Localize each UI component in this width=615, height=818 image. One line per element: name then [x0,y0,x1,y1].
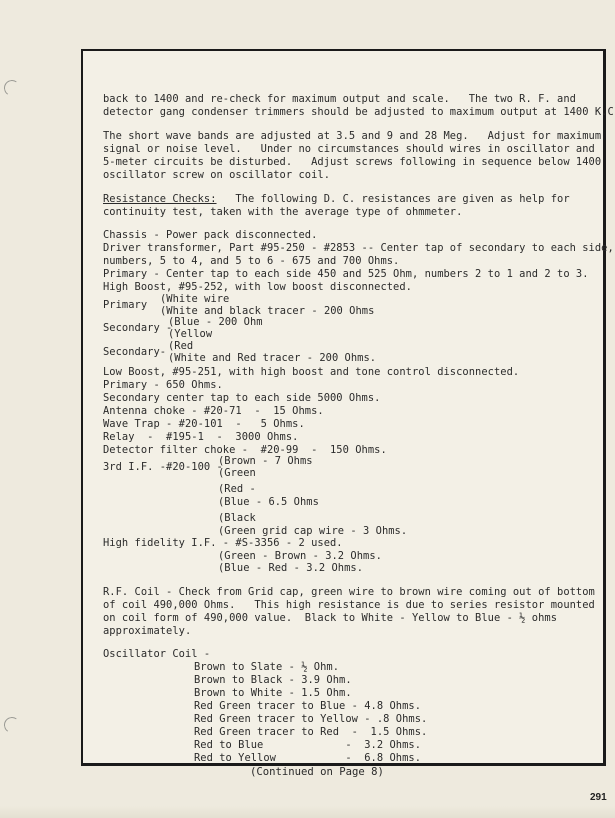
body-text-line: Antenna choke - #20-71 - 15 Ohms. [103,405,324,417]
body-text-line: The short wave bands are adjusted at 3.5… [103,130,601,142]
body-text-line: 5-meter circuits be disturbed. Adjust sc… [103,156,601,168]
group-item: Red Green tracer to Blue - 4.8 Ohms. [194,700,421,712]
body-text-line: detector gang condenser trimmers should … [103,106,614,118]
group-item: Brown to White - 1.5 Ohm. [194,687,352,699]
body-text-line: High Boost, #95-252, with low boost disc… [103,281,412,293]
group-label: Primary [103,299,147,311]
group-item: (Blue - 200 Ohm [168,316,263,328]
group-label: Secondary - [103,322,172,334]
group-item: Brown to Black - 3.9 Ohm. [194,674,352,686]
body-text-line: on coil form of 490,000 value. Black to … [103,612,557,624]
body-text-line: numbers, 5 to 4, and 5 to 6 - 675 and 70… [103,255,399,267]
body-text-line: Secondary center tap to each side 5000 O… [103,392,380,404]
group-item: (Brown - 7 Ohms [218,455,313,467]
group-item: (Green - Brown - 3.2 Ohms. [218,550,382,562]
group-item: Brown to Slate - ½ Ohm. [194,661,339,673]
group-item: Red Green tracer to Red - 1.5 Ohms. [194,726,427,738]
group-label: 3rd I.F. -#20-100 - [103,461,223,473]
group-label: Secondary- [103,346,166,358]
body-text-line: of coil 490,000 Ohms. This high resistan… [103,599,595,611]
page-number: 291 [590,792,607,803]
group-item: Red Green tracer to Yellow - .8 Ohms. [194,713,427,725]
group-item: (Red [168,340,193,352]
body-text-line: oscillator screw on oscillator coil. [103,169,330,181]
group-item: (Green grid cap wire - 3 Ohms. [218,525,407,537]
group-label: Oscillator Coil - [103,648,210,660]
group-item: Red to Blue - 3.2 Ohms. [194,739,421,751]
resistance-intro-line: Resistance Checks: The following D. C. r… [103,193,570,205]
body-text-line: Primary - 650 Ohms. [103,379,223,391]
group-item: (Blue - 6.5 Ohms [218,496,319,508]
continued-note: (Continued on Page 8) [250,766,384,778]
group-item: (White and Red tracer - 200 Ohms. [168,352,376,364]
group-item: Red to Yellow - 6.8 Ohms. [194,752,421,764]
punch-hole-mark [3,716,22,735]
group-label: High fidelity I.F. - #S-3356 - 2 used. [103,537,343,549]
section-heading: Resistance Checks: [103,193,217,205]
body-text: The following D. C. resistances are give… [217,193,570,205]
body-text-line: continuity test, taken with the average … [103,206,462,218]
body-text-line: Wave Trap - #20-101 - 5 Ohms. [103,418,305,430]
group-item: (Black [218,512,256,524]
body-text-line: Chassis - Power pack disconnected. [103,229,317,241]
scan-edge [0,806,615,818]
body-text-line: Low Boost, #95-251, with high boost and … [103,366,519,378]
body-text-line: signal or noise level. Under no circumst… [103,143,595,155]
body-text-line: Relay - #195-1 - 3000 Ohms. [103,431,298,443]
group-item: (Green [218,467,256,479]
punch-hole-mark [3,79,22,98]
group-item: (Blue - Red - 3.2 Ohms. [218,562,363,574]
body-text-line: Primary - Center tap to each side 450 an… [103,268,589,280]
body-text-line: approximately. [103,625,191,637]
group-item: (Yellow [168,328,212,340]
body-text-line: back to 1400 and re-check for maximum ou… [103,93,576,105]
body-text-line: R.F. Coil - Check from Grid cap, green w… [103,586,595,598]
group-item: (Red - [218,483,256,495]
body-text-line: Driver transformer, Part #95-250 - #2853… [103,242,614,254]
group-item: (White wire [160,293,229,305]
